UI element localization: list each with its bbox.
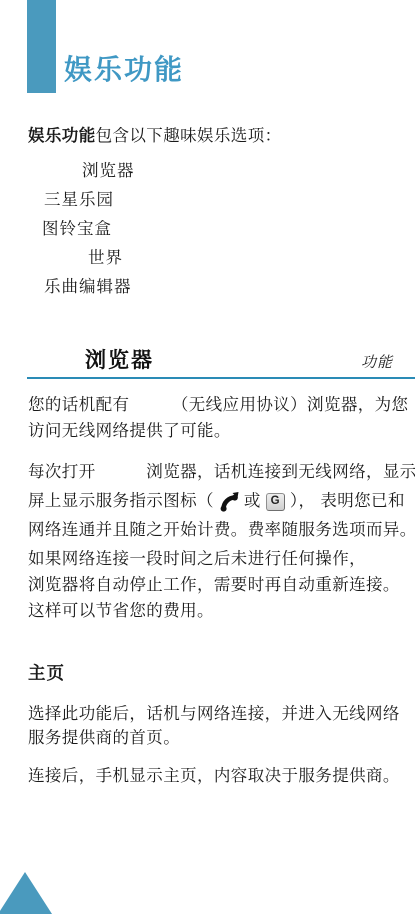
intro-paragraph: 娱乐功能包含以下趣味娱乐选项： bbox=[28, 125, 282, 147]
intro-bold-text: 娱乐功能 bbox=[28, 127, 96, 145]
text-line: 服务提供商的首页。 bbox=[28, 729, 180, 747]
text-segment: ）， 表明您已和 bbox=[290, 487, 405, 516]
text-line: 这样可以节省您的费用。 bbox=[28, 602, 214, 620]
text-line-with-icons: 屏上显示服务指示图标（ 或 G ）， 表明您已和 bbox=[28, 487, 415, 516]
text-line: 您的话机配有 （无线应用协议）浏览器，为您 bbox=[28, 396, 408, 414]
sub-heading-homepage: 主页 bbox=[28, 660, 65, 685]
paragraph-homepage-content: 连接后，手机显示主页，内容取决于服务提供商。 bbox=[28, 764, 400, 788]
menu-list: 浏览器 三星乐园 图铃宝盒 世界 乐曲编辑器 bbox=[28, 157, 135, 302]
chapter-title: 娱乐功能 bbox=[64, 48, 184, 88]
text-line: 网络连通并且随之开始计费。费率随服务选项而异。 bbox=[28, 516, 415, 545]
text-segment: 屏上显示服务指示图标（ bbox=[28, 487, 214, 516]
text-line: 访问无线网络提供了可能。 bbox=[28, 422, 231, 440]
text-line: 浏览器将自动停止工作，需要时再自动重新连接。 bbox=[28, 576, 400, 594]
gprs-icon: G bbox=[266, 493, 285, 511]
text-line: 如果网络连接一段时间之后未进行任何操作， bbox=[28, 550, 366, 568]
list-item-melody-editor: 乐曲编辑器 bbox=[28, 273, 135, 302]
corner-label: 功能 bbox=[361, 351, 393, 374]
paragraph-wap-intro: 您的话机配有 （无线应用协议）浏览器，为您 访问无线网络提供了可能。 bbox=[28, 392, 408, 444]
text-segment: 或 bbox=[244, 487, 261, 516]
paragraph-auto-disconnect: 如果网络连接一段时间之后未进行任何操作， 浏览器将自动停止工作，需要时再自动重新… bbox=[28, 546, 400, 624]
paragraph-homepage-connect: 选择此功能后，话机与网络连接，并进入无线网络 服务提供商的首页。 bbox=[28, 702, 400, 750]
list-item-world: 世界 bbox=[28, 244, 135, 273]
section-title: 浏览器 bbox=[27, 344, 154, 374]
page-marker-triangle bbox=[0, 872, 52, 914]
text-line: 连接后，手机显示主页，内容取决于服务提供商。 bbox=[28, 767, 400, 785]
text-line: 选择此功能后，话机与网络连接，并进入无线网络 bbox=[28, 705, 400, 723]
call-service-icon bbox=[219, 492, 239, 512]
list-item-browser: 浏览器 bbox=[28, 157, 135, 186]
section-rule bbox=[27, 377, 415, 379]
manual-page: 娱乐功能 娱乐功能包含以下趣味娱乐选项： 浏览器 三星乐园 图铃宝盒 世界 乐曲… bbox=[0, 0, 415, 914]
section-header: 浏览器 功能 bbox=[27, 344, 393, 374]
intro-rest-text: 包含以下趣味娱乐选项： bbox=[96, 127, 282, 145]
list-item-fun-box: 三星乐园 bbox=[28, 186, 135, 215]
text-line: 每次打开 浏览器，话机连接到无线网络，显示 bbox=[28, 458, 415, 487]
chapter-accent-bar bbox=[27, 0, 56, 93]
paragraph-connection: 每次打开 浏览器，话机连接到无线网络，显示 屏上显示服务指示图标（ 或 G ），… bbox=[28, 458, 415, 545]
list-item-media-box: 图铃宝盒 bbox=[28, 215, 135, 244]
